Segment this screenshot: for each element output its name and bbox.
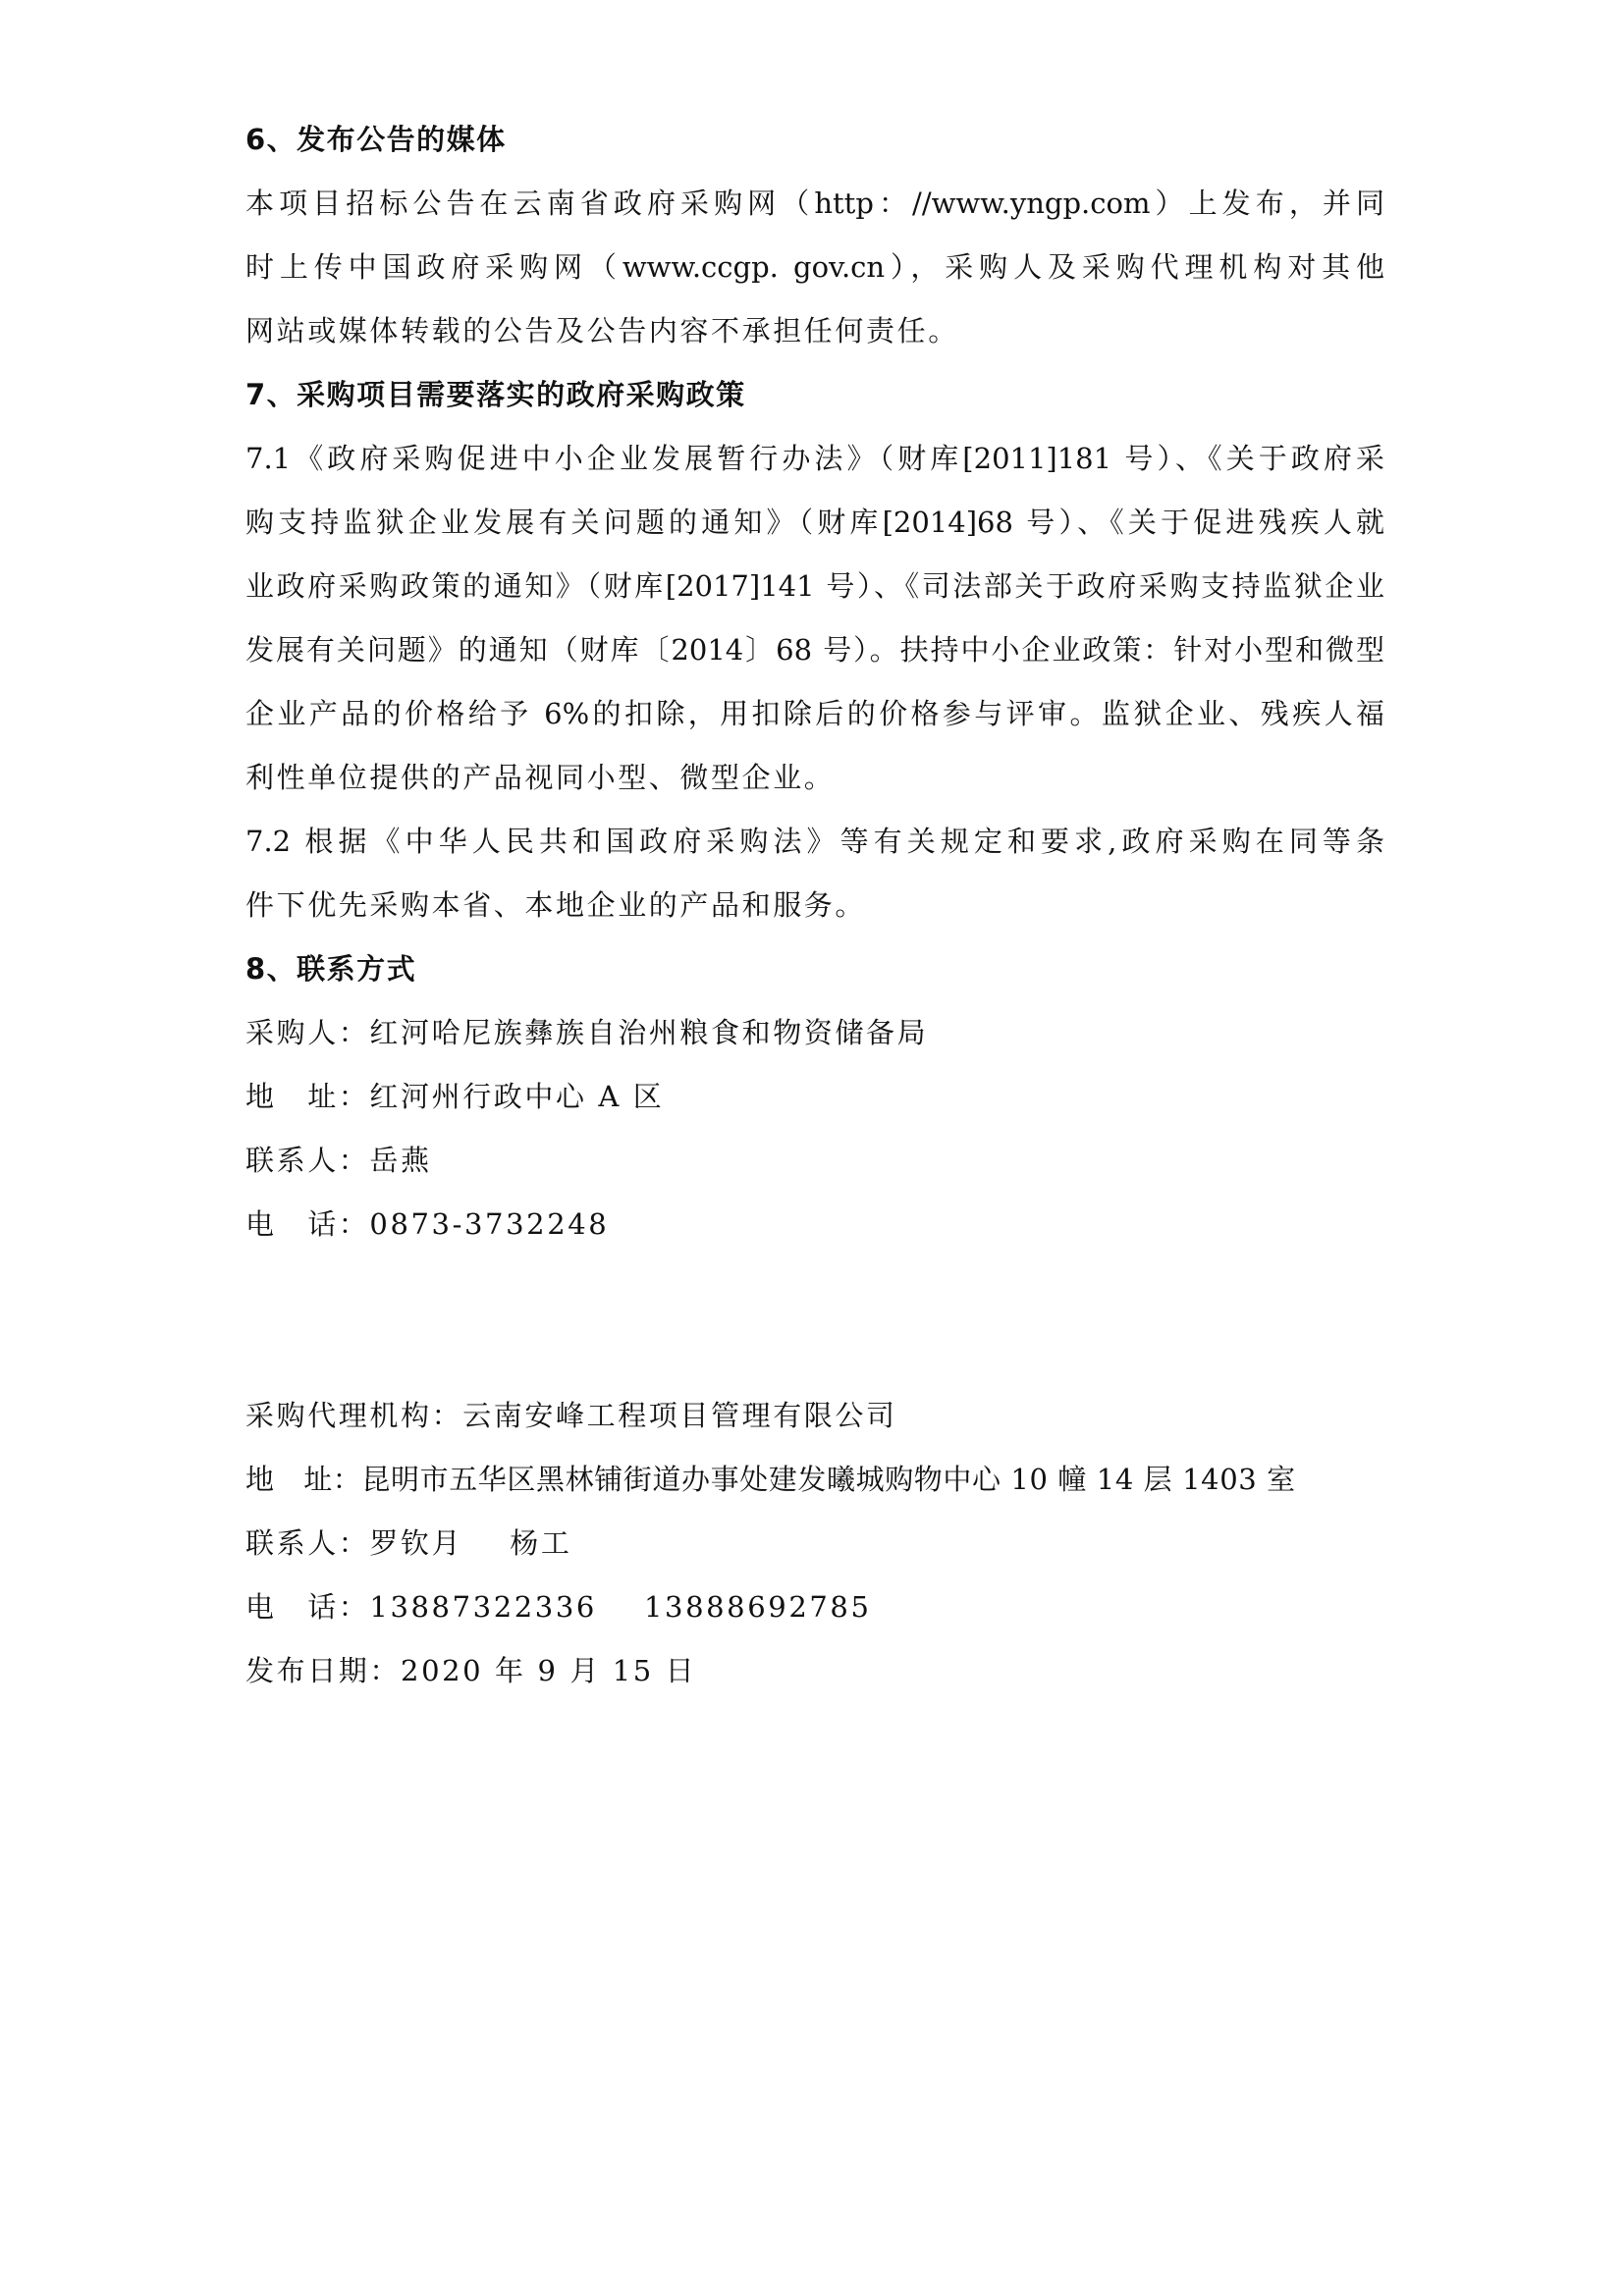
document-page: 6、发布公告的媒体 本项目招标公告在云南省政府采购网（http：//www.yn… [245, 108, 1384, 1703]
agency-contact-2: 杨工 [510, 1526, 571, 1560]
item-7-1-line: 7.1《政府采购促进中小企业发展暂行办法》（财库[2011]181 号）、《关于… [245, 427, 1384, 491]
purchaser-phone-label: 电 话： [245, 1193, 369, 1256]
purchaser-phone-row: 电 话：0873-3732248 [245, 1193, 1384, 1256]
section-8-heading: 8、联系方式 [245, 937, 1384, 1001]
purchaser-name-label: 采购人： [245, 1001, 369, 1065]
publish-date-row: 发布日期：2020 年 9 月 15 日 [245, 1639, 1384, 1703]
agency-contact-label: 联系人： [245, 1512, 369, 1575]
item-7-1-line: 发展有关问题》的通知（财库〔2014〕68 号）。扶持中小企业政策：针对小型和微… [245, 618, 1384, 682]
purchaser-name: 红河哈尼族彝族自治州粮食和物资储备局 [369, 1016, 928, 1049]
purchaser-address: 红河州行政中心 A 区 [369, 1080, 664, 1113]
purchaser-address-row: 地 址：红河州行政中心 A 区 [245, 1065, 1384, 1129]
purchaser-contact-row: 联系人：岳燕 [245, 1129, 1384, 1193]
agency-address-row: 地 址：昆明市五华区黑林铺街道办事处建发曦城购物中心 10 幢 14 层 140… [245, 1448, 1384, 1512]
publish-date-label: 发布日期： [245, 1639, 401, 1703]
agency-phone-label: 电 话： [245, 1575, 369, 1639]
purchaser-phone: 0873-3732248 [369, 1207, 609, 1241]
section-7-heading: 7、采购项目需要落实的政府采购政策 [245, 363, 1384, 427]
publish-date: 2020 年 9 月 15 日 [401, 1654, 696, 1687]
blank-line [245, 1256, 1384, 1320]
agency-name-row: 采购代理机构：云南安峰工程项目管理有限公司 [245, 1384, 1384, 1448]
item-7-1-line: 利性单位提供的产品视同小型、微型企业。 [245, 746, 1384, 810]
item-7-1-line: 购支持监狱企业发展有关问题的通知》（财库[2014]68 号）、《关于促进残疾人… [245, 491, 1384, 555]
section-6-paragraph-line: 时上传中国政府采购网（www.ccgp. gov.cn），采购人及采购代理机构对… [245, 236, 1384, 299]
purchaser-contact: 岳燕 [369, 1144, 431, 1177]
item-7-2-line: 件下优先采购本省、本地企业的产品和服务。 [245, 874, 1384, 937]
blank-line [245, 1320, 1384, 1384]
section-6-heading: 6、发布公告的媒体 [245, 108, 1384, 172]
purchaser-address-label: 地 址： [245, 1065, 369, 1129]
purchaser-name-row: 采购人：红河哈尼族彝族自治州粮食和物资储备局 [245, 1001, 1384, 1065]
section-6-paragraph-line: 本项目招标公告在云南省政府采购网（http：//www.yngp.com）上发布… [245, 172, 1384, 236]
section-6-paragraph-line: 网站或媒体转载的公告及公告内容不承担任何责任。 [245, 299, 1384, 363]
item-7-1-line: 企业产品的价格给予 6%的扣除，用扣除后的价格参与评审。监狱企业、残疾人福 [245, 682, 1384, 746]
purchaser-contact-label: 联系人： [245, 1129, 369, 1193]
agency-name-label: 采购代理机构： [245, 1384, 462, 1448]
item-7-2-line: 7.2 根据《中华人民共和国政府采购法》等有关规定和要求,政府采购在同等条 [245, 810, 1384, 874]
agency-phone-row: 电 话：1388732233613888692785 [245, 1575, 1384, 1639]
agency-address: 昆明市五华区黑林铺街道办事处建发曦城购物中心 10 幢 14 层 1403 室 [361, 1463, 1295, 1496]
item-7-1-line: 业政府采购政策的通知》（财库[2017]141 号）、《司法部关于政府采购支持监… [245, 555, 1384, 618]
agency-name: 云南安峰工程项目管理有限公司 [462, 1399, 896, 1432]
agency-contact-1: 罗钦月 [369, 1526, 462, 1560]
agency-phone-1: 13887322336 [369, 1590, 597, 1624]
agency-contact-row: 联系人：罗钦月杨工 [245, 1512, 1384, 1575]
agency-address-label: 地 址： [245, 1448, 361, 1512]
agency-phone-2: 13888692785 [644, 1590, 872, 1624]
